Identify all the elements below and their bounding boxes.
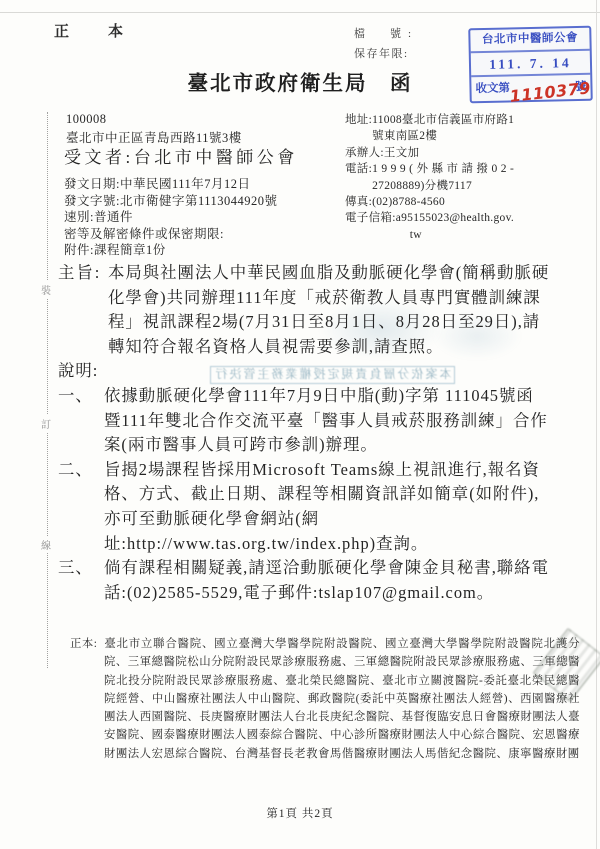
attachment-line: 附件:課程簡章1份 xyxy=(64,242,278,259)
binding-mark-zhuang: 裝 xyxy=(41,281,51,298)
subject-paragraph: 主旨:本局與社團法人中華民國血脂及動脈硬化學會(簡稱動脈硬化學會)共同辦理111… xyxy=(58,261,550,359)
item-1-number: 一、 xyxy=(58,384,104,409)
explanation-item-3: 三、倘有課程相關疑義,請逕洽動脈硬化學會陳金貝秘書,聯絡電話:(02)2585-… xyxy=(58,556,550,605)
recipient-postal-code: 100008 xyxy=(66,112,107,127)
binding-dotted-line xyxy=(47,112,48,668)
contact-officer-name: 王文加 xyxy=(384,145,419,161)
contact-email-line1: a95155023@health.gov. xyxy=(396,210,514,226)
issue-meta-block: 發文日期:中華民國111年7月12日 發文字號:北市衛健字第1113044920… xyxy=(64,176,278,259)
explanation-item-2: 二、旨揭2場課程皆採用Microsoft Teams線上視訊進行,報名資格、方式… xyxy=(58,458,550,556)
contact-phone-line2: 27208889)分機7117 xyxy=(372,178,517,194)
contact-officer-row: 承辦人: 王文加 xyxy=(345,145,595,161)
contact-phone-value: 1999(外縣市請撥02- 27208889)分機7117 xyxy=(372,161,517,194)
priority-line: 速別:普通件 xyxy=(64,209,278,226)
scan-edge-line-top xyxy=(0,12,600,13)
contact-fax-number: (02)8788-4560 xyxy=(372,194,445,210)
explanation-label: 說明: xyxy=(58,359,550,384)
binding-mark-ding: 訂 xyxy=(41,415,51,432)
contact-email-line2: tw xyxy=(410,227,514,243)
contact-address-line1: 11008臺北市信義區市府路1 xyxy=(372,112,514,128)
scan-edge-line-right xyxy=(596,0,597,849)
agency-contact-block: 地址: 11008臺北市信義區市府路1 號東南區2樓 承辦人: 王文加 電話: … xyxy=(345,112,595,243)
contact-address-row: 地址: 11008臺北市信義區市府路1 號東南區2樓 xyxy=(345,112,595,145)
copies-distribution-block: 正本:臺北市立聯合醫院、國立臺灣大學醫學院附設醫院、國立臺灣大學醫學院附設醫院北… xyxy=(70,635,580,763)
contact-phone-row: 電話: 1999(外縣市請撥02- 27208889)分機7117 xyxy=(345,161,595,194)
copies-label: 正本: xyxy=(70,635,104,653)
item-3-text: 倘有課程相關疑義,請逕洽動脈硬化學會陳金貝秘書,聯絡電話:(02)2585-55… xyxy=(104,558,549,602)
binding-mark-xian: 線 xyxy=(41,536,51,553)
issue-date-line: 發文日期:中華民國111年7月12日 xyxy=(64,176,278,193)
subject-text: 本局與社團法人中華民國血脂及動脈硬化學會(簡稱動脈硬化學會)共同辦理111年度「… xyxy=(108,263,549,356)
contact-address-label: 地址: xyxy=(345,112,372,145)
copies-text: 臺北市立聯合醫院、國立臺灣大學醫學院附設醫院、國立臺灣大學醫學院附設醫院北護分院… xyxy=(104,638,580,760)
contact-email-label: 電子信箱: xyxy=(345,210,396,243)
contact-officer-value: 王文加 xyxy=(384,145,419,161)
item-2-text: 旨揭2場課程皆採用Microsoft Teams線上視訊進行,報名資格、方式、截… xyxy=(104,460,540,553)
contact-phone-label: 電話: xyxy=(345,161,372,194)
item-1-text: 依據動脈硬化學會111年7月9日中脂(動)字第 111045號函暨111年雙北合… xyxy=(104,386,548,454)
copy-type-label: 正 本 xyxy=(54,20,135,41)
contact-phone-line1: 1999(外縣市請撥02- xyxy=(372,161,517,177)
contact-fax-row: 傳真: (02)8788-4560 xyxy=(345,194,595,210)
item-3-number: 三、 xyxy=(58,556,104,581)
retention-period-label: 保存年限: xyxy=(354,44,418,64)
contact-email-value: a95155023@health.gov. tw xyxy=(396,210,514,243)
contact-address-line2: 號東南區2樓 xyxy=(372,128,514,144)
issue-number-line: 發文字號:北市衛健字第1113044920號 xyxy=(64,193,278,210)
item-2-number: 二、 xyxy=(58,458,104,483)
file-number-label: 檔 號: xyxy=(354,24,418,44)
scanned-official-letter: 正 本 檔 號: 保存年限: 台北市中醫師公會 111. 7. 14 收文第 號… xyxy=(0,0,600,849)
contact-email-row: 電子信箱: a95155023@health.gov. tw xyxy=(345,210,595,243)
classification-line: 密等及解密條件或保密期限: xyxy=(64,226,278,243)
contact-fax-value: (02)8788-4560 xyxy=(372,194,445,210)
letter-body: 主旨:本局與社團法人中華民國血脂及動脈硬化學會(簡稱動脈硬化學會)共同辦理111… xyxy=(58,261,550,605)
recipient-name-line: 受文者:台北市中醫師公會 xyxy=(64,143,298,168)
contact-officer-label: 承辦人: xyxy=(345,145,384,161)
receipt-stamp-org: 台北市中醫師公會 xyxy=(470,28,589,53)
contact-fax-label: 傳真: xyxy=(345,194,372,210)
subject-label: 主旨: xyxy=(58,261,108,286)
document-title: 臺北市政府衛生局 函 xyxy=(0,66,600,96)
explanation-item-1: 一、依據動脈硬化學會111年7月9日中脂(動)字第 111045號函暨111年雙… xyxy=(58,384,550,458)
contact-address-value: 11008臺北市信義區市府路1 號東南區2樓 xyxy=(372,112,514,145)
file-number-block: 檔 號: 保存年限: xyxy=(354,24,418,64)
page-number-footer: 第1頁 共2頁 xyxy=(0,805,600,821)
